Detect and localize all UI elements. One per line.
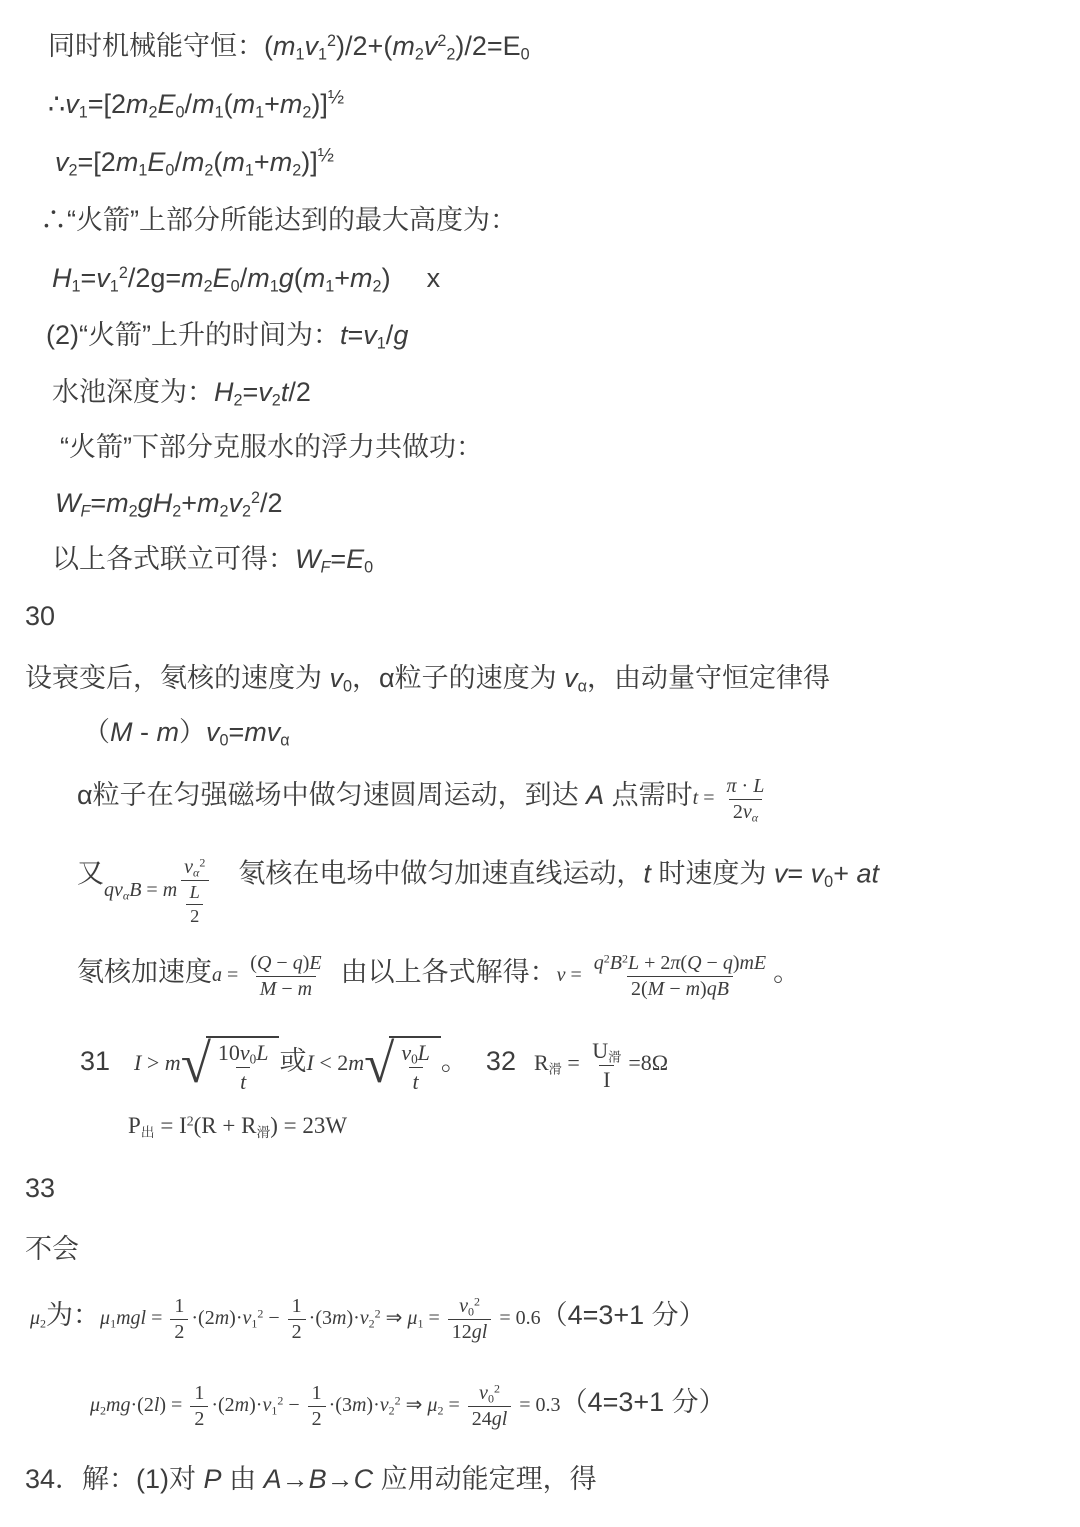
- math-variable: L: [753, 775, 764, 797]
- square-root: √10v0Lt: [181, 1036, 280, 1094]
- text-run: +: [833, 858, 856, 888]
- text-run: 1: [174, 1295, 184, 1317]
- text-run: =: [229, 717, 245, 747]
- subscript: 滑: [256, 1125, 270, 1140]
- text-run: ) = 23W: [270, 1113, 347, 1138]
- subscript: 2: [172, 503, 181, 521]
- math-group: t = π · L2vα: [693, 787, 772, 809]
- math-variable: t: [340, 320, 348, 350]
- text-run: /: [185, 89, 193, 119]
- math-variable: m: [247, 263, 270, 293]
- subscript: 1: [377, 335, 386, 353]
- text-run: )·: [249, 1394, 262, 1416]
- text-run: 应用动能定理，得: [373, 1464, 597, 1494]
- math-variable: L: [190, 882, 200, 902]
- text-run: −: [664, 978, 685, 1000]
- text-run: U: [592, 1038, 608, 1063]
- text-run: 点需时: [604, 780, 693, 810]
- subscript: 1: [110, 278, 119, 296]
- math-variable: m: [392, 31, 415, 61]
- fraction-numerator: v02: [455, 1295, 484, 1319]
- math-variable: v: [360, 1307, 369, 1329]
- radicand: v0Lt: [389, 1036, 441, 1094]
- text-run: 34．解：(1)对: [25, 1464, 204, 1494]
- fraction-numerator: 1: [190, 1382, 208, 1406]
- text-run: ∴: [48, 89, 65, 119]
- math-variable: I: [306, 1050, 313, 1075]
- fraction-numerator: (Q − q)E: [246, 952, 325, 976]
- subscript: 2: [415, 46, 424, 64]
- fraction: π · L2vα: [723, 775, 769, 824]
- subscript: 1: [296, 46, 305, 64]
- text-run: )]: [301, 147, 318, 177]
- superscript: 2: [119, 264, 128, 282]
- text-run: ·: [737, 775, 754, 797]
- fraction-denominator: t: [236, 1067, 250, 1094]
- text-run: 设衰变后，氡核的速度为: [25, 663, 330, 693]
- math-variable: m: [233, 89, 256, 119]
- text-run: 同时机械能守恒：(: [48, 31, 273, 61]
- subscript: 2: [204, 278, 213, 296]
- math-variable: qB: [707, 978, 729, 1000]
- text-run: 或: [279, 1046, 306, 1076]
- text-run: 10: [218, 1040, 240, 1065]
- subscript: 0: [411, 1052, 418, 1067]
- text-run: 2: [733, 801, 743, 823]
- text-run: )·: [346, 1307, 359, 1329]
- fraction-numerator: v02: [475, 1382, 504, 1406]
- math-variable: qv: [104, 879, 123, 901]
- math-variable: π: [727, 775, 737, 797]
- text-run: (: [250, 952, 257, 974]
- text-run: ): [382, 263, 391, 293]
- text-run: E: [503, 31, 521, 61]
- text-run: 由以上各式解得：: [341, 957, 557, 987]
- math-variable: B: [309, 1464, 327, 1494]
- math-variable: m: [163, 879, 177, 901]
- line-rise-time: (2)“火箭”上升的时间为：t=v1/g: [46, 319, 408, 353]
- line-buoyancy-work-caption: “火箭”下部分克服水的浮力共做功：: [60, 431, 483, 465]
- text-run: ）: [179, 717, 206, 747]
- math-variable: mv: [244, 717, 280, 747]
- superscript: 2: [437, 32, 446, 50]
- math-variable: g: [279, 263, 294, 293]
- subscript: 2: [272, 392, 281, 410]
- text-run: ·(3: [329, 1394, 352, 1416]
- superscript: 2: [199, 855, 205, 869]
- math-variable: v: [258, 377, 272, 407]
- line-mech-energy-conservation: 同时机械能守恒：(m1v12)/2+(m2v22)/2=E0: [48, 30, 530, 64]
- text-run: =[2: [88, 89, 126, 119]
- math-variable: v: [206, 717, 220, 747]
- math-variable: μ: [90, 1394, 100, 1416]
- fraction: v0224gl: [468, 1382, 512, 1431]
- math-group: I > m√10v0Lt: [134, 1050, 279, 1075]
- math-group: μ2: [30, 1307, 46, 1329]
- text-run: +: [181, 488, 197, 518]
- math-variable: v: [65, 89, 79, 119]
- fraction-numerator: L: [186, 882, 204, 904]
- math-variable: μ: [100, 1307, 110, 1329]
- math-variable: L: [628, 952, 639, 974]
- math-group: v = q2B2L + 2π(Q − q)mE2(M − m)qB: [557, 964, 774, 986]
- problem-30-number: 30: [25, 600, 55, 634]
- subscript: 2: [242, 503, 251, 521]
- text-run: →: [327, 1464, 354, 1494]
- math-variable: at: [856, 858, 879, 888]
- fraction-denominator: 2vα: [729, 799, 762, 824]
- text-run: 12: [452, 1321, 472, 1343]
- text-run: （: [83, 717, 110, 747]
- subscript: 2: [234, 392, 243, 410]
- text-run: < 2: [314, 1050, 348, 1075]
- text-run: =: [787, 858, 810, 888]
- math-variable: v: [240, 1040, 250, 1065]
- math-variable: L: [256, 1040, 268, 1065]
- text-run: 2: [312, 1408, 322, 1430]
- subscript: 2: [129, 503, 138, 521]
- text-run: （4=3+1 分）: [541, 1300, 706, 1330]
- math-variable: v: [743, 801, 752, 823]
- text-run: ⇒: [381, 1307, 408, 1329]
- text-run: )/2+(: [336, 31, 392, 61]
- text-run: (R + R: [194, 1113, 257, 1138]
- math-variable: v: [479, 1382, 488, 1404]
- text-run: )/2=: [455, 31, 502, 61]
- fraction-denominator: 2(M − m)qB: [627, 976, 733, 1001]
- fraction: 12: [308, 1382, 326, 1431]
- subscript: α: [280, 732, 289, 750]
- text-run: /2g=: [128, 263, 181, 293]
- superscript: 2: [494, 1381, 500, 1395]
- math-variable: v: [424, 31, 438, 61]
- subscript: 0: [364, 559, 373, 577]
- fraction-numerator: 10v0L: [214, 1040, 273, 1067]
- math-variable: m: [298, 978, 312, 1000]
- superscript: ½: [328, 86, 344, 108]
- line-wf-formula: WF=m2gH2+m2v22/2: [55, 487, 283, 521]
- math-variable: v: [811, 858, 825, 888]
- text-run: 水池深度为：: [52, 377, 214, 407]
- math-variable: m: [181, 263, 204, 293]
- text-run: 又: [77, 858, 104, 888]
- text-run: =: [243, 377, 259, 407]
- text-run: α粒子在匀强磁场中做匀速圆周运动，到达: [77, 780, 586, 810]
- subscript: 滑: [608, 1050, 621, 1065]
- text-run: 2: [174, 1321, 184, 1343]
- text-run: 氡核在电场中做匀加速直线运动，: [238, 858, 643, 888]
- math-group: P出 = I2(R + R滑) = 23W: [128, 1113, 347, 1138]
- fraction-denominator: L2: [181, 880, 209, 927]
- subscript: 滑: [549, 1062, 562, 1077]
- superscript: ½: [318, 144, 334, 166]
- math-variable: C: [354, 1464, 374, 1494]
- text-run: 。: [441, 1046, 468, 1076]
- math-variable: A: [586, 780, 604, 810]
- math-group: qvαB = mvα2L2: [104, 879, 212, 901]
- fraction: L2: [186, 882, 204, 927]
- math-variable: v: [380, 1394, 389, 1416]
- line-acceleration-solution: 氡核加速度a = (Q − q)EM − m由以上各式解得：v = q2B2L …: [77, 952, 800, 1001]
- line-v2-solution: v2=[2m1E0/m2(m1+m2)]½: [55, 146, 334, 180]
- text-run: ，由动量守恒定律得: [587, 663, 830, 693]
- text-run: 以上各式联立可得：: [52, 544, 295, 574]
- math-variable: E: [346, 544, 364, 574]
- math-variable: m: [235, 1394, 249, 1416]
- superscript: 2: [251, 489, 260, 507]
- math-variable: v: [96, 263, 110, 293]
- fraction-numerator: 1: [170, 1295, 188, 1319]
- math-variable: q: [723, 952, 733, 974]
- text-run: =: [222, 964, 243, 986]
- fraction: 10v0Lt: [214, 1040, 273, 1094]
- math-variable: B: [610, 952, 622, 974]
- fraction-denominator: I: [599, 1065, 614, 1092]
- text-run: /2: [288, 377, 311, 407]
- text-run: 2: [292, 1321, 302, 1343]
- fraction-denominator: 24gl: [468, 1406, 512, 1431]
- line-momentum-equation: （M - m）v0=mvα: [83, 716, 290, 750]
- line-34-intro: 34．解：(1)对 P 由 A→B→C 应用动能定理，得: [25, 1463, 597, 1497]
- subscript: 2: [149, 104, 158, 122]
- text-run: -: [133, 717, 157, 747]
- math-variable: m: [280, 89, 303, 119]
- subscript: 2: [220, 503, 229, 521]
- math-variable: μ: [407, 1307, 417, 1329]
- text-run: 2: [194, 1408, 204, 1430]
- subscript: 1: [138, 162, 147, 180]
- math-variable: m: [303, 263, 326, 293]
- text-run: >: [141, 1050, 164, 1075]
- subscript: 1: [270, 278, 279, 296]
- text-run: 33: [25, 1173, 55, 1203]
- text-run: = I: [155, 1113, 187, 1138]
- math-variable: H: [153, 488, 173, 518]
- math-variable: E: [309, 952, 321, 974]
- square-root: √v0Lt: [364, 1036, 441, 1094]
- text-run: =: [423, 1307, 444, 1329]
- subscript: 2: [69, 162, 78, 180]
- line-alpha-circular-motion: α粒子在匀强磁场中做匀速圆周运动，到达 A 点需时t = π · L2vα: [77, 775, 771, 824]
- line-power-output: P出 = I2(R + R滑) = 23W: [128, 1108, 347, 1142]
- math-variable: E: [213, 263, 231, 293]
- fraction-numerator: U滑: [588, 1038, 625, 1065]
- text-run: ): [700, 978, 707, 1000]
- math-variable: P: [204, 1464, 222, 1494]
- line-magnetic-force-equation: 又qvαB = mvα2L2氡核在电场中做匀加速直线运动，t 时速度为 v= v…: [77, 856, 879, 927]
- subscript: 2: [292, 162, 301, 180]
- math-variable: mg: [106, 1394, 130, 1416]
- radical-sign-icon: √: [181, 1041, 211, 1088]
- subscript: 1: [245, 162, 254, 180]
- subscript: 1: [215, 104, 224, 122]
- math-variable: μ: [427, 1394, 437, 1416]
- line-h1-formula: H1=v12/2g=m2E0/m1g(m1+m2)x: [52, 262, 440, 296]
- text-run: 时速度为: [651, 858, 774, 888]
- text-run: −: [702, 952, 723, 974]
- fraction-numerator: vα2: [180, 856, 209, 880]
- math-group: a = (Q − q)EM − m: [212, 964, 329, 986]
- fraction: v0Lt: [397, 1040, 434, 1094]
- text-run: +: [334, 263, 350, 293]
- math-variable: m: [192, 89, 215, 119]
- text-run: =8Ω: [628, 1050, 668, 1075]
- text-run: −: [276, 978, 297, 1000]
- text-run: 32: [486, 1046, 516, 1076]
- line-decay-setup: 设衰变后，氡核的速度为 v0，α粒子的速度为 vα，由动量守恒定律得: [25, 662, 830, 696]
- fraction: U滑I: [588, 1038, 625, 1092]
- math-variable: m: [686, 978, 700, 1000]
- fraction-numerator: 1: [288, 1295, 306, 1319]
- line-max-height-caption: ∴“火箭”上部分所能达到的最大高度为：: [40, 204, 517, 238]
- math-variable: m: [273, 31, 296, 61]
- fraction-denominator: 2: [288, 1319, 306, 1344]
- math-variable: E: [147, 147, 165, 177]
- math-group: I < 2m√v0Lt: [306, 1050, 440, 1075]
- text-run: = 0.6: [494, 1307, 540, 1329]
- document-page: 同时机械能守恒：(m1v12)/2+(m2v22)/2=E0 ∴v1=[2m2E…: [0, 0, 1080, 1527]
- line-mu1-equation: μ2为：μ1mgl = 12·(2m)·v12 − 12·(3m)·v22 ⇒ …: [30, 1295, 706, 1344]
- subscript: 2: [373, 278, 382, 296]
- math-variable: m: [352, 1394, 366, 1416]
- text-run: ⇒: [401, 1394, 428, 1416]
- subscript: 0: [176, 104, 185, 122]
- math-group: μ1mgl = 12·(2m)·v12 − 12·(3m)·v22 ⇒ μ1 =…: [100, 1307, 541, 1329]
- math-variable: m: [116, 147, 139, 177]
- math-variable: W: [295, 544, 320, 574]
- text-run: −: [263, 1307, 284, 1329]
- text-run: =: [141, 879, 162, 901]
- math-variable: m: [222, 147, 245, 177]
- text-run: →: [282, 1464, 309, 1494]
- line-pool-depth: 水池深度为：H2=v2t/2: [52, 376, 311, 410]
- math-variable: A: [264, 1464, 282, 1494]
- text-run: 不会: [25, 1234, 79, 1264]
- line-31-32-answers: 31I > m√10v0Lt或I < 2m√v0Lt。32R滑 = U滑I=8Ω: [80, 1036, 668, 1094]
- math-variable: m: [106, 488, 129, 518]
- subscript: 0: [231, 278, 240, 296]
- text-run: )·: [366, 1394, 379, 1416]
- fraction: 12: [288, 1295, 306, 1344]
- text-run: I: [603, 1067, 610, 1092]
- math-variable: m: [215, 1307, 229, 1329]
- math-variable: W: [55, 488, 80, 518]
- fraction-numerator: 1: [308, 1382, 326, 1406]
- subscript: 出: [141, 1125, 155, 1140]
- text-run: =: [698, 787, 719, 809]
- math-variable: v: [774, 858, 788, 888]
- text-run: )·: [229, 1307, 242, 1329]
- fraction: 12: [170, 1295, 188, 1344]
- text-run: )]: [311, 89, 328, 119]
- superscript: 2: [187, 1113, 194, 1128]
- math-group: μ2mg·(2l) = 12·(2m)·v12 − 12·(3m)·v22 ⇒ …: [90, 1394, 561, 1416]
- fraction-numerator: q2B2L + 2π(Q − q)mE: [590, 952, 770, 976]
- math-variable: H: [214, 377, 234, 407]
- math-variable: a: [212, 964, 222, 986]
- text-run: 1: [292, 1295, 302, 1317]
- text-run: 2(: [631, 978, 648, 1000]
- text-run: =: [146, 1307, 167, 1329]
- math-variable: m: [348, 1050, 364, 1075]
- math-variable: v: [363, 320, 377, 350]
- subscript: α: [578, 678, 587, 696]
- math-variable: q: [594, 952, 604, 974]
- math-variable: t: [240, 1069, 246, 1094]
- math-variable: m: [332, 1307, 346, 1329]
- text-run: ∴“火箭”上部分所能达到的最大高度为：: [40, 205, 517, 235]
- math-variable: μ: [30, 1307, 40, 1329]
- text-run: +: [254, 147, 270, 177]
- radical-sign-icon: √: [364, 1041, 394, 1088]
- math-variable: g: [138, 488, 153, 518]
- text-run: ·(3: [309, 1307, 332, 1329]
- math-variable: E: [158, 89, 176, 119]
- subscript: 1: [72, 278, 81, 296]
- subscript: F: [320, 559, 330, 577]
- text-run: /2: [260, 488, 283, 518]
- subscript: 0: [824, 873, 833, 891]
- math-variable: Q: [687, 952, 701, 974]
- math-variable: t: [643, 858, 651, 888]
- text-run: 31: [80, 1046, 110, 1076]
- text-run: =: [562, 1050, 585, 1075]
- text-run: x: [427, 263, 441, 293]
- math-variable: B: [129, 879, 141, 901]
- math-variable: v: [229, 488, 243, 518]
- math-variable: v: [401, 1040, 411, 1065]
- math-variable: v: [305, 31, 319, 61]
- superscript: 2: [327, 32, 336, 50]
- text-run: 30: [25, 601, 55, 631]
- math-variable: m: [270, 147, 293, 177]
- text-run: /: [174, 147, 182, 177]
- math-variable: v: [184, 856, 193, 878]
- fraction-denominator: 2: [308, 1406, 326, 1431]
- subscript: 1: [318, 46, 327, 64]
- text-run: 24: [472, 1408, 492, 1430]
- line-not-solved: 不会: [25, 1233, 79, 1267]
- text-run: ·(2: [191, 1307, 214, 1329]
- math-group: R滑 = U滑I=8Ω: [534, 1050, 668, 1075]
- superscript: 2: [474, 1294, 480, 1308]
- text-run: 1: [312, 1382, 322, 1404]
- math-variable: v: [330, 663, 344, 693]
- fraction-numerator: π · L: [723, 775, 769, 799]
- text-run: = 0.3: [514, 1394, 560, 1416]
- math-variable: v: [55, 147, 69, 177]
- math-variable: m: [126, 89, 149, 119]
- math-variable: g: [393, 320, 408, 350]
- math-variable: m: [165, 1050, 181, 1075]
- fraction-denominator: 12gl: [448, 1319, 492, 1344]
- text-run: −: [271, 952, 292, 974]
- text-run: +: [264, 89, 280, 119]
- subscript: 1: [255, 104, 264, 122]
- math-variable: M: [110, 717, 133, 747]
- text-run: (: [294, 263, 303, 293]
- line-v1-solution: ∴v1=[2m2E0/m1(m1+m2)]½: [48, 88, 344, 122]
- text-run: + 2: [639, 952, 670, 974]
- math-variable: Q: [257, 952, 271, 974]
- fraction-numerator: v0L: [397, 1040, 434, 1067]
- subscript: 1: [79, 104, 88, 122]
- math-variable: π: [670, 952, 680, 974]
- fraction-denominator: M − m: [256, 976, 316, 1001]
- text-run: (2)“火箭”上升的时间为：: [46, 320, 340, 350]
- text-run: （4=3+1 分）: [561, 1387, 726, 1417]
- text-run: P: [128, 1113, 141, 1138]
